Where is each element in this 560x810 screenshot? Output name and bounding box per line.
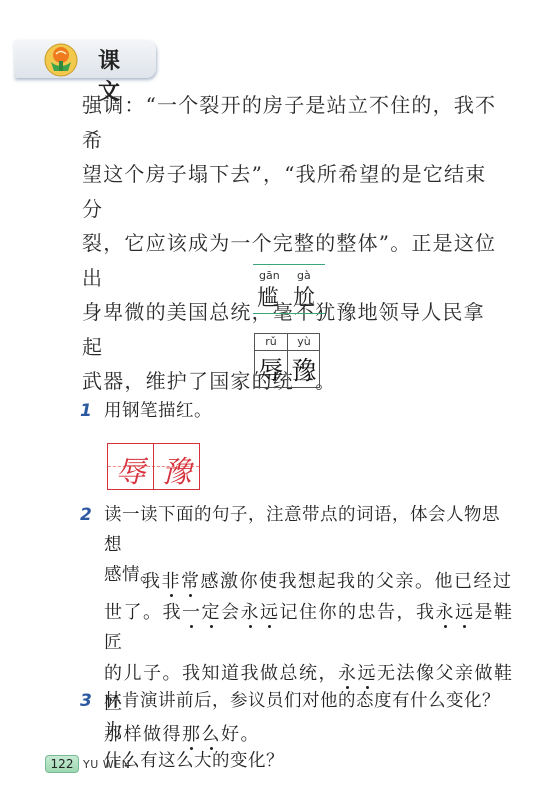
exercise-line: 什么有这么大的变化？ [104, 746, 504, 776]
vocab-char: 尴 [257, 281, 279, 312]
char-cell: yù 豫 [287, 334, 320, 387]
dotted-char: 远 [260, 602, 280, 623]
dotted-char: 远 [455, 602, 475, 623]
dotted-char: 永 [338, 663, 358, 684]
dotted-char: 一 [182, 602, 202, 623]
divider [253, 313, 325, 314]
dotted-char: 远 [358, 663, 378, 684]
flower-pot-logo-icon [44, 43, 78, 77]
quote-seg: 感激你使我想起我的父亲。他已经过 [201, 571, 513, 592]
section-header-tab: 课 文 [14, 40, 156, 78]
tracing-grid: 辱 豫 [107, 443, 200, 490]
vocab-word-ru-yu: rǔ 辱 yù 豫 [254, 333, 320, 388]
exercise-text: 用钢笔描红。 [104, 396, 504, 426]
exercise-text: 林肯演讲前后，参议员们对他的态度有什么变化？为 什么有这么大的变化？ [104, 686, 504, 776]
paragraph-line: 望这个房子塌下去”，“我所希望的是它结束分 [82, 157, 502, 226]
trace-char: 豫 [154, 447, 199, 491]
quote-line: 世了。我一定会永远记住你的忠告，我永远是鞋匠 [104, 598, 514, 659]
dotted-char: 永 [436, 602, 456, 623]
quote-seg: 会 [221, 602, 241, 623]
exercise-number: 2 [80, 505, 92, 525]
vocab-word-gan-ga: gān gà 尴 尬 [253, 264, 325, 316]
quote-seg: 记住你的忠告，我 [280, 602, 436, 623]
pinyin: rǔ [255, 335, 287, 348]
subject-label: YU WEN [83, 758, 130, 771]
divider [253, 264, 325, 265]
char-cell: rǔ 辱 [255, 334, 287, 387]
dotted-char: 常 [181, 571, 201, 592]
exercise-number: 1 [80, 401, 92, 421]
quote-seg: 我 [142, 571, 162, 592]
quote-seg: 世了。我 [104, 602, 182, 623]
paragraph-line: 强调：“一个裂开的房子是站立不住的，我不希 [82, 88, 502, 157]
trace-char: 辱 [108, 447, 153, 491]
dotted-char: 永 [241, 602, 261, 623]
page-number-badge: 122 [45, 755, 79, 773]
dotted-char: 定 [202, 602, 222, 623]
exercise-line: 读一读下面的句子，注意带点的词语，体会人物思想 [104, 500, 504, 560]
exercise-line: 林肯演讲前后，参议员们对他的态度有什么变化？为 [104, 686, 504, 746]
vocab-char: 尬 [293, 281, 315, 312]
vocab-char: 辱 [255, 351, 287, 387]
quote-seg: 的儿子。我知道我做总统， [104, 663, 338, 684]
dotted-char: 非 [162, 571, 182, 592]
exercise-number: 3 [80, 691, 92, 711]
vocab-char: 豫 [288, 351, 320, 387]
quote-line: 我非常感激你使我想起我的父亲。他已经过 [104, 567, 514, 598]
pinyin: yù [288, 335, 320, 348]
